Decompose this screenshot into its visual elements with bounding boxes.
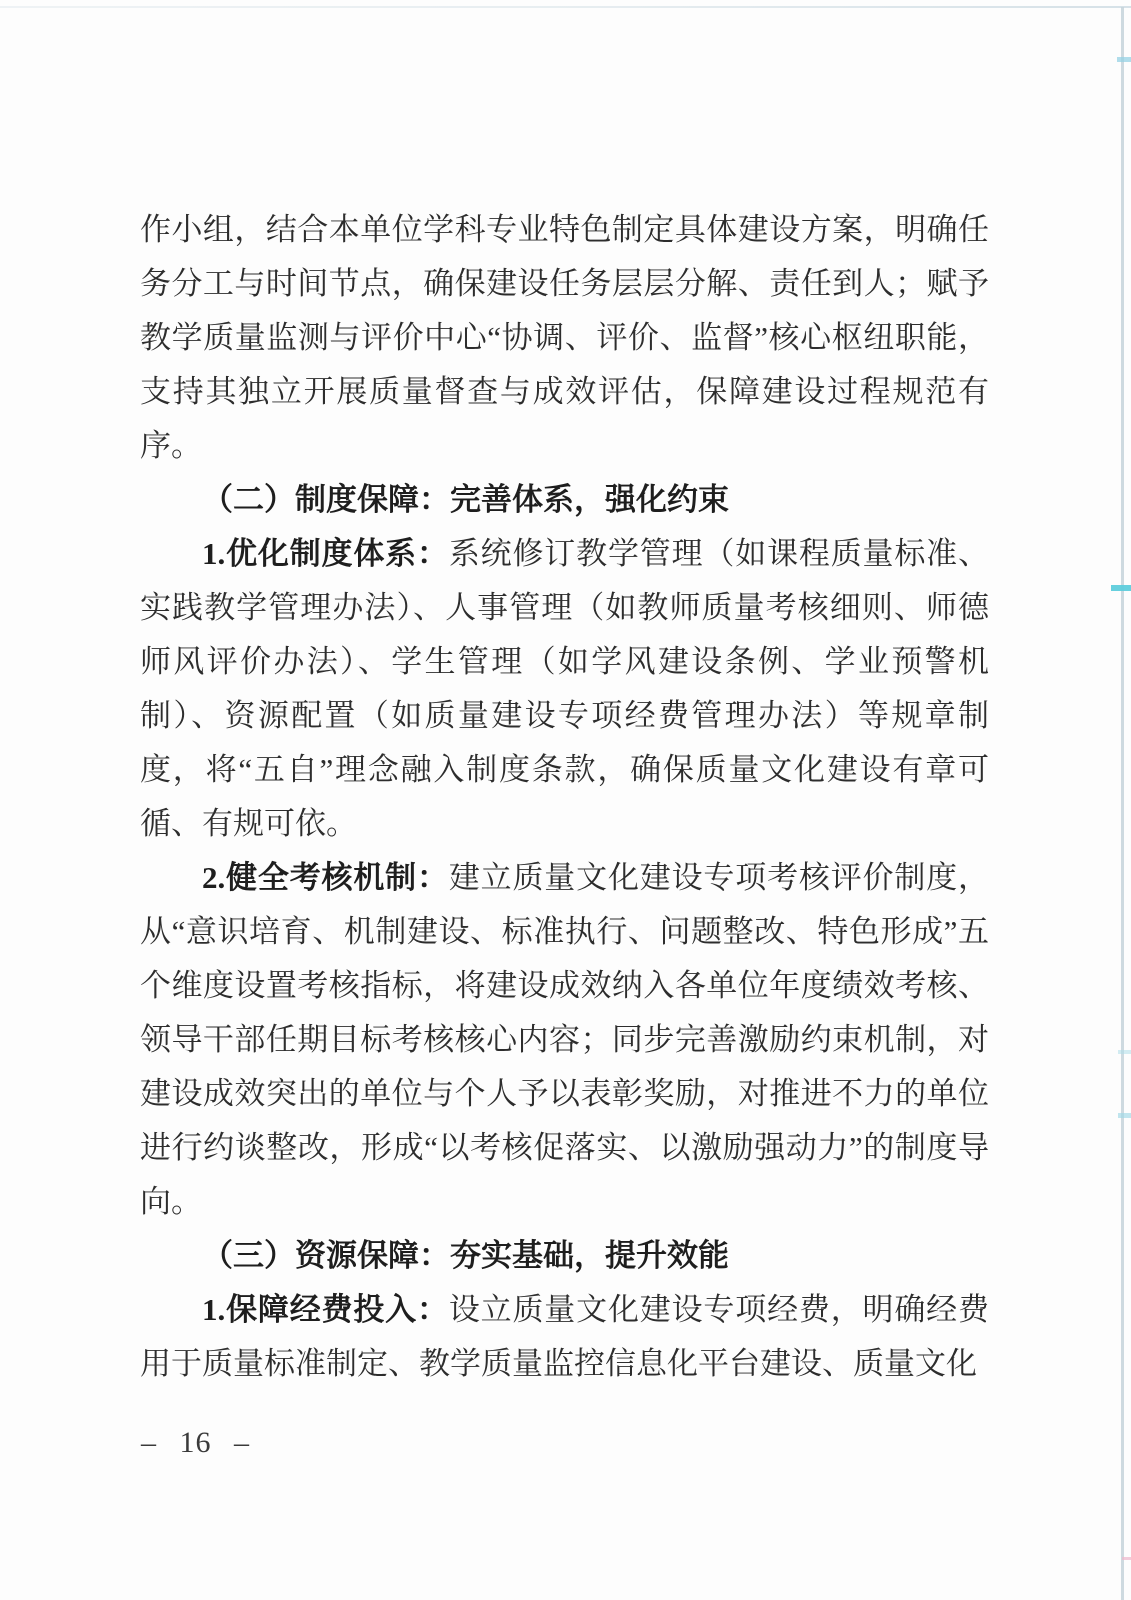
scan-right-edge-line [1121,7,1124,1600]
scan-cyan-tick-2 [1111,585,1131,591]
section-heading: （三）资源保障：夯实基础，提升效能 [140,1229,989,1283]
paragraph-lead: 1.优化制度体系： [202,536,449,571]
section-heading: （二）制度保障：完善体系，强化约束 [140,473,989,527]
scan-pink-tick [1122,1557,1131,1560]
scan-cyan-tick-4 [1118,1113,1131,1118]
paragraph: 1.优化制度体系：系统修订教学管理（如课程质量标准、实践教学管理办法）、人事管理… [140,527,989,851]
paragraph: 2.健全考核机制：建立质量文化建设专项考核评价制度，从“意识培育、机制建设、标准… [140,851,989,1229]
scan-top-edge-line [0,6,1131,8]
page-number: – 16 – [141,1426,250,1460]
scan-cyan-tick-3 [1118,1050,1131,1054]
document-body: 作小组，结合本单位学科专业特色制定具体建设方案，明确任务分工与时间节点，确保建设… [140,203,989,1391]
scan-cyan-tick-1 [1117,57,1131,62]
scanned-document-page: 作小组，结合本单位学科专业特色制定具体建设方案，明确任务分工与时间节点，确保建设… [0,0,1131,1600]
paragraph: 1.保障经费投入：设立质量文化建设专项经费，明确经费用于质量标准制定、教学质量监… [140,1283,989,1391]
paragraph-lead: 2.健全考核机制： [202,860,449,895]
paragraph: 作小组，结合本单位学科专业特色制定具体建设方案，明确任务分工与时间节点，确保建设… [140,203,989,473]
paragraph-lead: 1.保障经费投入： [202,1292,449,1327]
